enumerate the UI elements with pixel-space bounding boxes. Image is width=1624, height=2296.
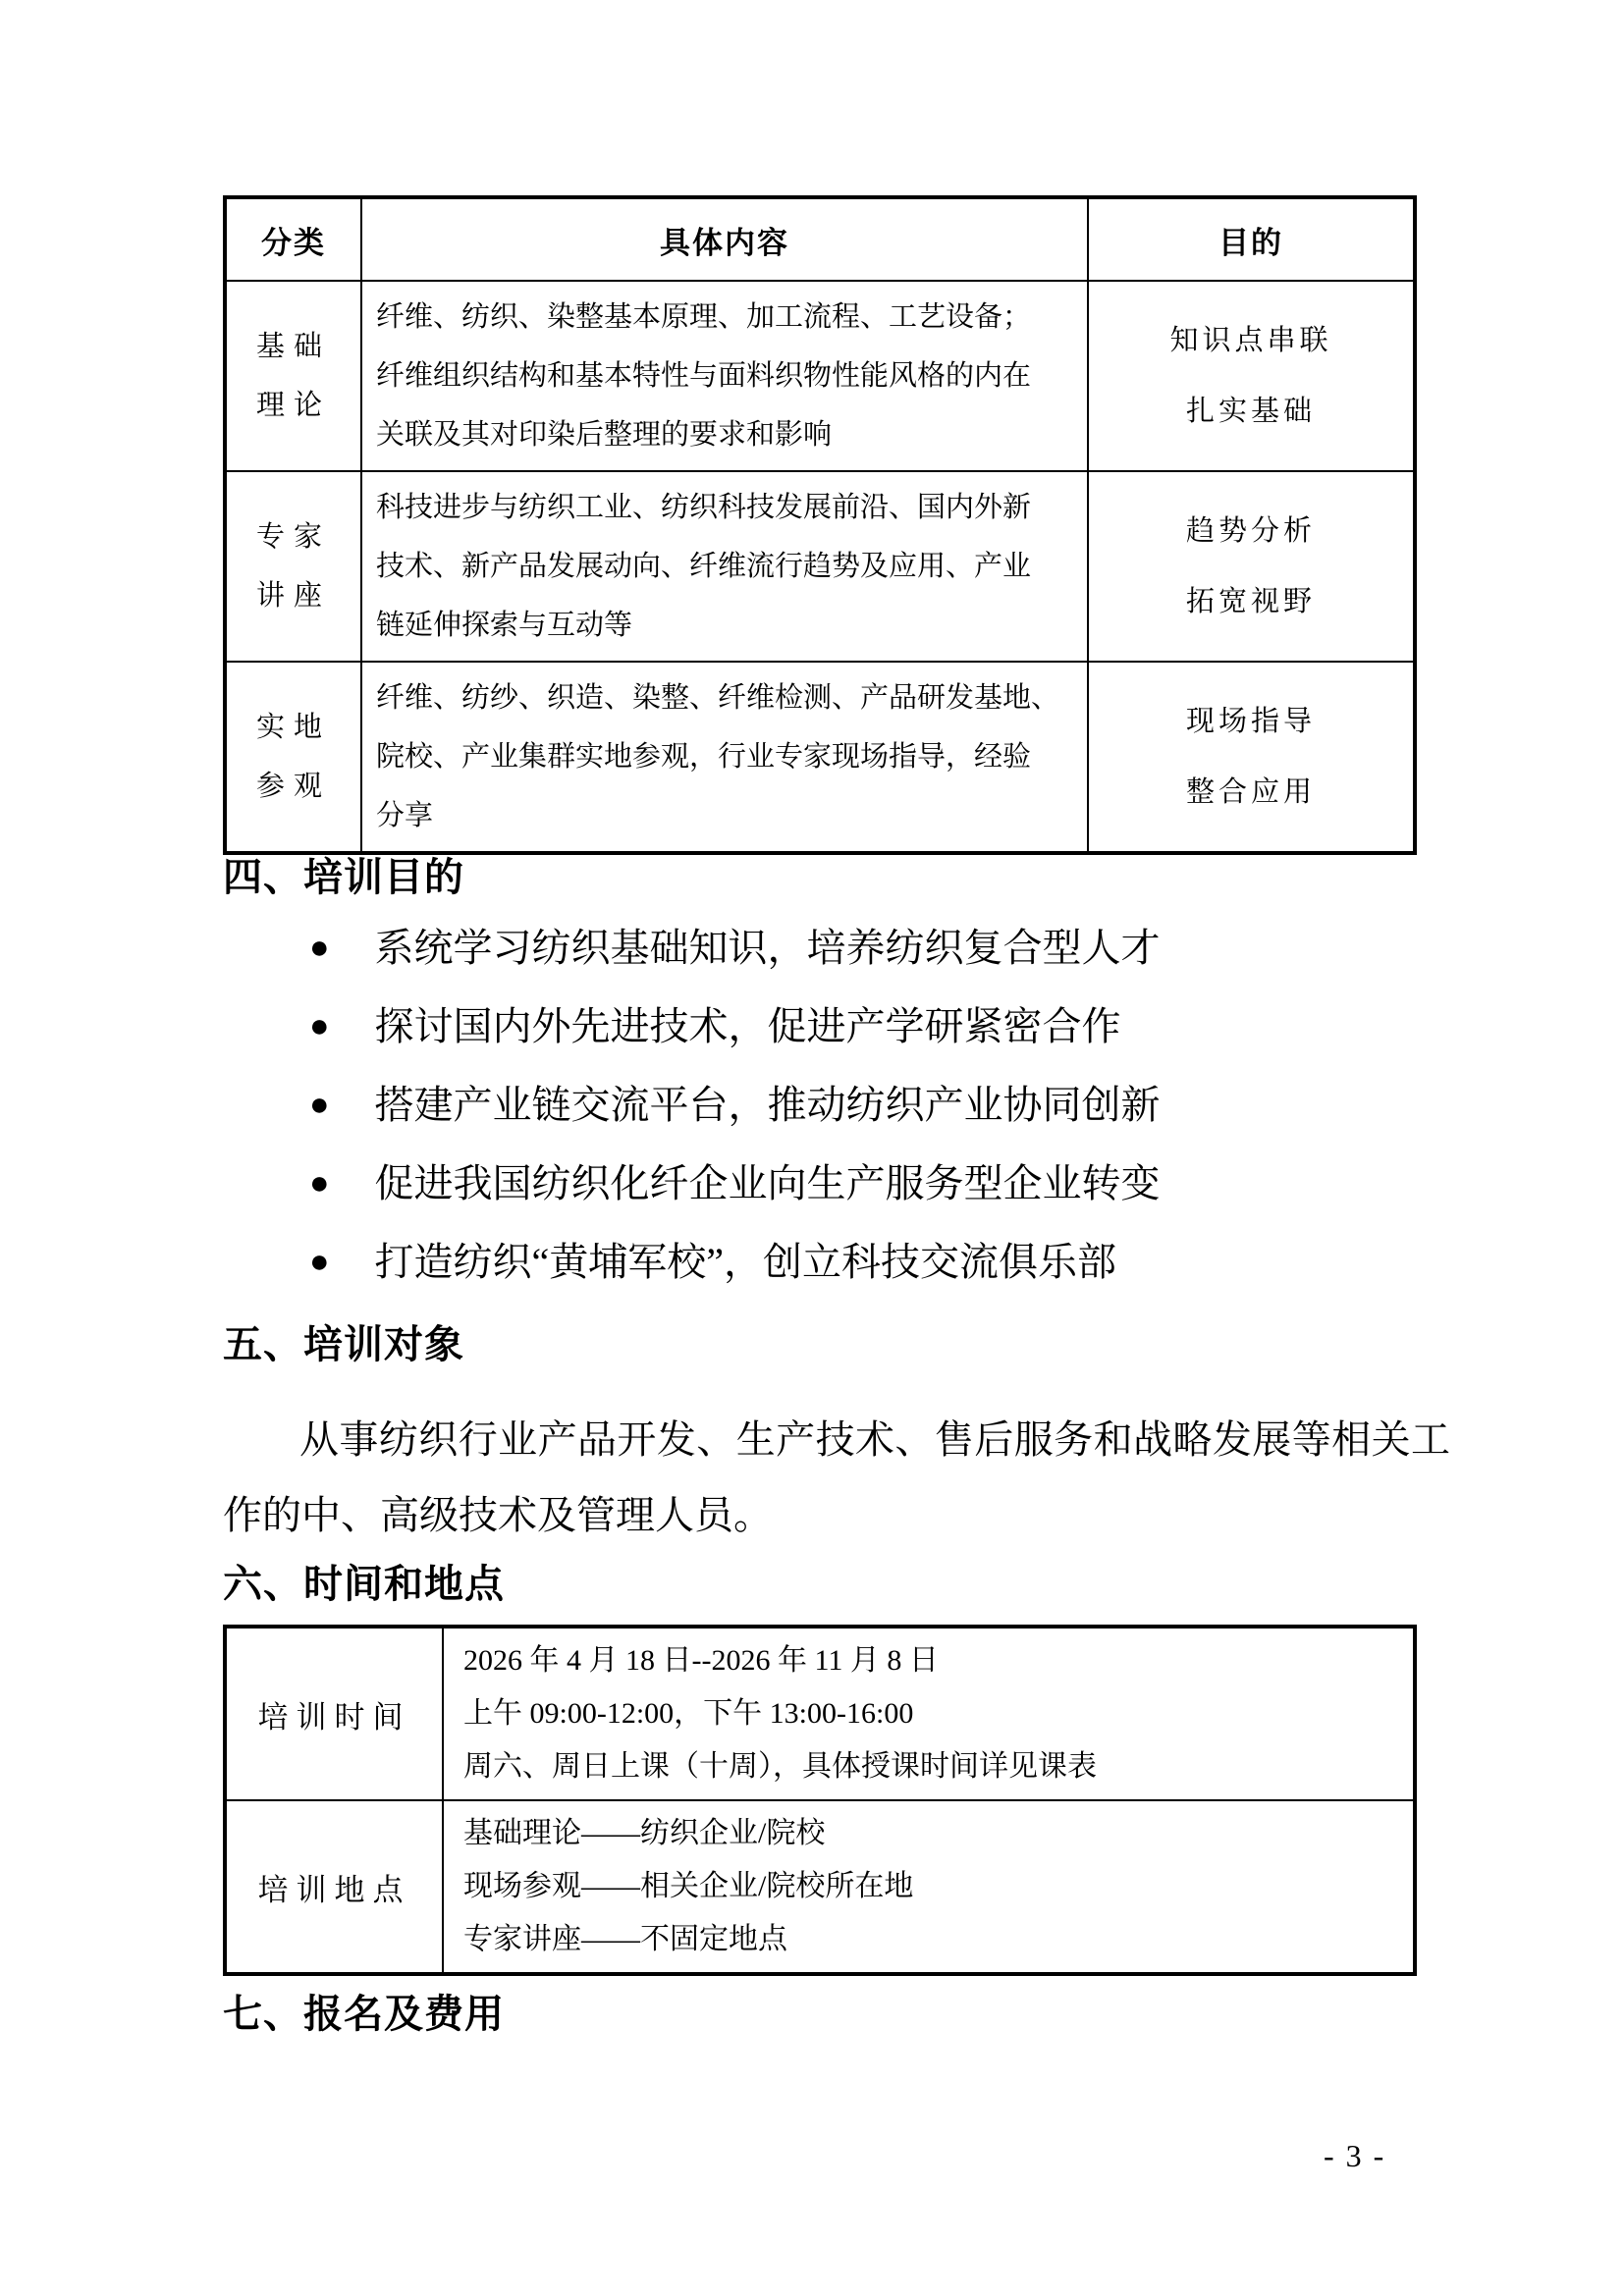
table-row: 培训地点 基础理论——纺织企业/院校 现场参观——相关企业/院校所在地 专家讲座… (225, 1800, 1415, 1974)
objective-text: 系统学习纺织基础知识，培养纺织复合型人才 (375, 925, 1161, 972)
schedule-table: 培训时间 2026 年 4 月 18 日--2026 年 11 月 8 日 上午… (223, 1625, 1417, 1976)
table-row: 基础 理论 纤维、纺织、染整基本原理、加工流程、工艺设备； 纤维组织结构和基本特… (225, 281, 1415, 471)
table-row: 实地 参观 纤维、纺纱、织造、染整、纤维检测、产品研发基地、 院校、产业集群实地… (225, 662, 1415, 853)
bullet-icon: ● (309, 1003, 330, 1050)
course-row2-category: 专家 讲座 (225, 471, 361, 662)
course-table-header-category: 分类 (225, 197, 361, 281)
table-row: 专家 讲座 科技进步与纺织工业、纺织科技发展前沿、国内外新 技术、新产品发展动向… (225, 471, 1415, 662)
objective-text: 搭建产业链交流平台，推动纺织产业协同创新 (375, 1082, 1161, 1129)
list-item: ● 系统学习纺织基础知识，培养纺织复合型人才 (309, 925, 1488, 972)
table-row: 培训时间 2026 年 4 月 18 日--2026 年 11 月 8 日 上午… (225, 1627, 1415, 1800)
course-row3-content: 纤维、纺纱、织造、染整、纤维检测、产品研发基地、 院校、产业集群实地参观，行业专… (361, 662, 1088, 853)
course-row2-content: 科技进步与纺织工业、纺织科技发展前沿、国内外新 技术、新产品发展动向、纤维流行趋… (361, 471, 1088, 662)
bullet-icon: ● (309, 1082, 330, 1129)
list-item: ● 促进我国纺织化纤企业向生产服务型企业转变 (309, 1160, 1488, 1207)
course-row2-purpose: 趋势分析 拓宽视野 (1088, 471, 1415, 662)
section-heading-training-purpose: 四、培训目的 (223, 846, 464, 902)
schedule-row1-label: 培训时间 (225, 1627, 443, 1800)
bullet-icon: ● (309, 1160, 330, 1207)
page-number: - 3 - (1324, 2138, 1385, 2174)
course-row3-purpose: 现场指导 整合应用 (1088, 662, 1415, 853)
list-item: ● 探讨国内外先进技术，促进产学研紧密合作 (309, 1003, 1488, 1050)
course-table-header-content: 具体内容 (361, 197, 1088, 281)
bullet-icon: ● (309, 1239, 330, 1286)
course-content-table: 分类 具体内容 目的 基础 理论 纤维、纺织、染整基本原理、加工流程、工艺设备；… (223, 195, 1417, 855)
list-item: ● 打造纺织“黄埔军校”，创立科技交流俱乐部 (309, 1239, 1488, 1286)
course-table-header-purpose: 目的 (1088, 197, 1415, 281)
bullet-icon: ● (309, 925, 330, 972)
schedule-row2-label: 培训地点 (225, 1800, 443, 1974)
course-row3-category: 实地 参观 (225, 662, 361, 853)
objective-text: 促进我国纺织化纤企业向生产服务型企业转变 (375, 1160, 1161, 1207)
document-page: 分类 具体内容 目的 基础 理论 纤维、纺织、染整基本原理、加工流程、工艺设备；… (0, 0, 1624, 2296)
list-item: ● 搭建产业链交流平台，推动纺织产业协同创新 (309, 1082, 1488, 1129)
objective-text: 打造纺织“黄埔军校”，创立科技交流俱乐部 (375, 1239, 1117, 1286)
section-heading-training-audience: 五、培训对象 (223, 1313, 464, 1369)
course-table-header-row: 分类 具体内容 目的 (225, 197, 1415, 281)
schedule-row2-content: 基础理论——纺织企业/院校 现场参观——相关企业/院校所在地 专家讲座——不固定… (443, 1800, 1415, 1974)
course-row1-content: 纤维、纺织、染整基本原理、加工流程、工艺设备； 纤维组织结构和基本特性与面料织物… (361, 281, 1088, 471)
section-heading-registration-and-fees: 七、报名及费用 (223, 1983, 505, 2039)
audience-paragraph: 从事纺织行业产品开发、生产技术、售后服务和战略发展等相关工作的中、高级技术及管理… (223, 1402, 1450, 1553)
course-row1-category: 基础 理论 (225, 281, 361, 471)
section-heading-time-and-place: 六、时间和地点 (223, 1553, 505, 1609)
schedule-row1-content: 2026 年 4 月 18 日--2026 年 11 月 8 日 上午 09:0… (443, 1627, 1415, 1800)
objective-text: 探讨国内外先进技术，促进产学研紧密合作 (375, 1003, 1121, 1050)
objectives-list: ● 系统学习纺织基础知识，培养纺织复合型人才 ● 探讨国内外先进技术，促进产学研… (309, 925, 1488, 1317)
course-row1-purpose: 知识点串联 扎实基础 (1088, 281, 1415, 471)
